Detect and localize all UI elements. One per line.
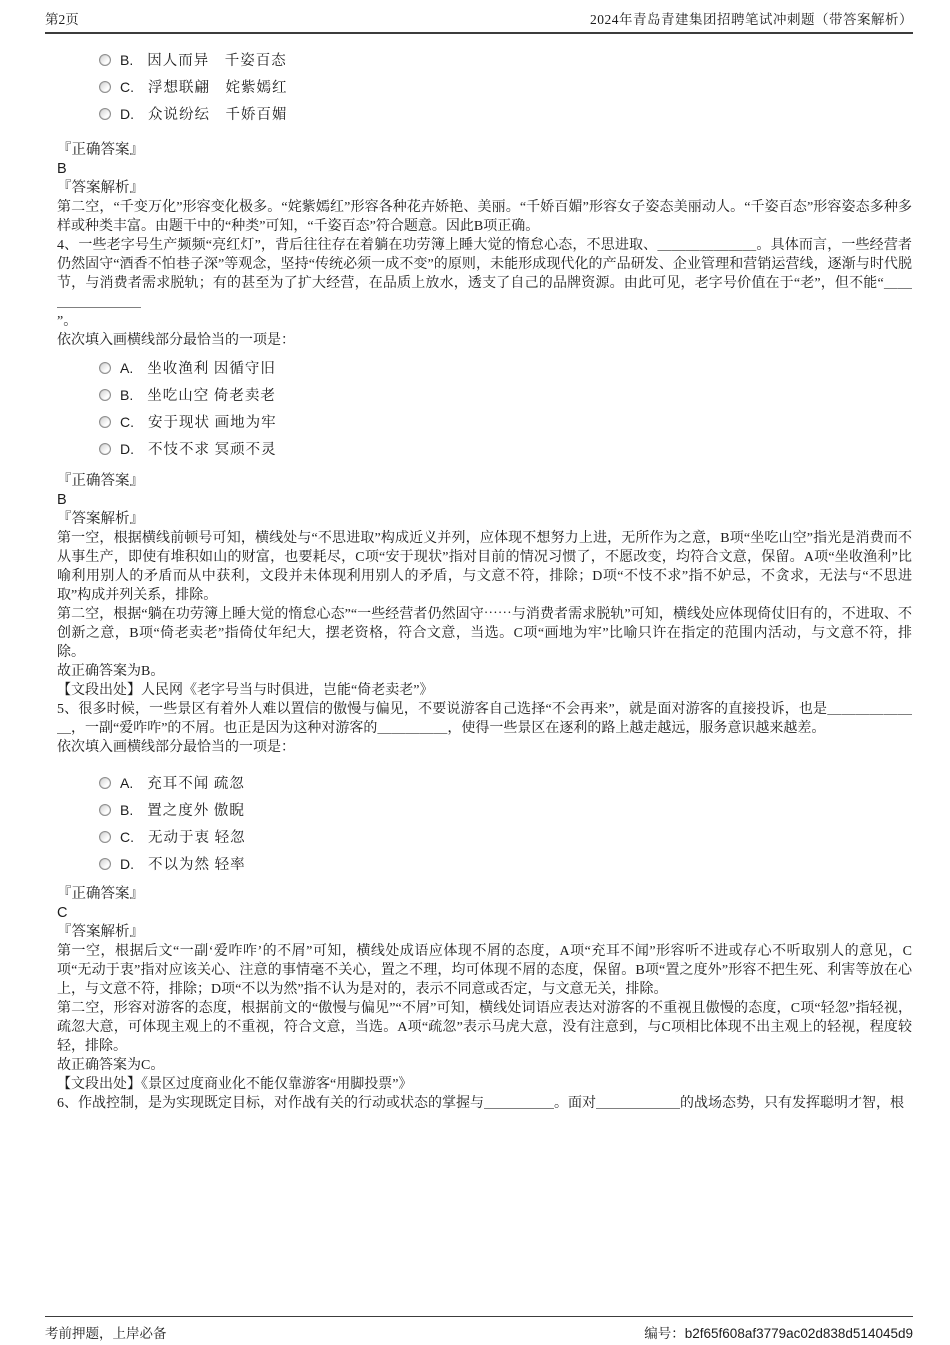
option-letter: D. [120,856,134,872]
question5-options: A. 充耳不闻 疏忽 B. 置之度外 傲睨 C. 无动于衷 轻忽 D. 不以为然… [57,769,912,877]
option-row[interactable]: A. 坐收渔利 因循守旧 [57,354,912,381]
option-text: 置之度外 傲睨 [147,799,245,820]
correct-answer-value: B [57,491,912,510]
option-letter: B. [120,52,133,68]
option-text: 浮想联翩 姹紫嫣红 [148,76,288,97]
option-row[interactable]: B. 因人而异 千姿百态 [57,46,912,73]
radio-button-icon[interactable] [99,831,111,843]
page-content: B. 因人而异 千姿百态 C. 浮想联翩 姹紫嫣红 D. 众说纷纭 千娇百媚 『… [57,36,912,1113]
radio-button-icon[interactable] [99,54,111,66]
question4-stem-tail: ”。 [57,312,912,331]
analysis-heading: 『答案解析』 [57,179,912,198]
question5-analysis-2: 第二空，形容对游客的态度，根据前文的“傲慢与偏见”“不屑”可知，横线处词语应表达… [57,999,912,1056]
option-text: 安于现状 画地为牢 [148,411,277,432]
question5-conclusion: 故正确答案为C。 [57,1056,912,1075]
option-text: 因人而异 千姿百态 [147,49,287,70]
option-letter: C. [120,414,134,430]
option-text: 无动于衷 轻忽 [148,826,246,847]
option-row[interactable]: D. 众说纷纭 千娇百媚 [57,100,912,127]
question4-options: A. 坐收渔利 因循守旧 B. 坐吃山空 倚老卖老 C. 安于现状 画地为牢 D… [57,354,912,462]
question5-source: 【文段出处】《景区过度商业化不能仅靠游客“用脚投票”》 [57,1075,912,1094]
correct-answer-value: B [57,160,912,179]
option-text: 众说纷纭 千娇百媚 [148,103,288,124]
option-letter: C. [120,79,134,95]
question3-analysis: 第二空，“千变万化”形容变化极多。“姹紫嫣红”形容各种花卉娇艳、美丽。“千娇百媚… [57,198,912,236]
radio-button-icon[interactable] [99,389,111,401]
option-letter: D. [120,441,134,457]
option-row[interactable]: C. 无动于衷 轻忽 [57,823,912,850]
analysis-heading: 『答案解析』 [57,510,912,529]
correct-answer-heading: 『正确答案』 [57,472,912,491]
footer-serial-value: b2f65f608af3779ac02d838d514045d9 [685,1326,913,1341]
question6-stem: 6、作战控制，是为实现既定目标，对作战有关的行动或状态的掌握与＿＿＿＿＿。面对＿… [57,1094,912,1113]
option-row[interactable]: D. 不以为然 轻率 [57,850,912,877]
question4-fill-prompt: 依次填入画横线部分最恰当的一项是： [57,331,912,350]
option-letter: B. [120,802,133,818]
option-row[interactable]: A. 充耳不闻 疏忽 [57,769,912,796]
option-letter: C. [120,829,134,845]
question3-options: B. 因人而异 千姿百态 C. 浮想联翩 姹紫嫣红 D. 众说纷纭 千娇百媚 [57,46,912,127]
question4-stem: 4、一些老字号生产频频“亮红灯”，背后往往存在着躺在功劳簿上睡大觉的惰怠心态，不… [57,236,912,312]
radio-button-icon[interactable] [99,362,111,374]
footer-slogan: 考前押题，上岸必备 [45,1322,167,1342]
option-letter: B. [120,387,133,403]
page-number: 第2页 [45,8,79,28]
question4-analysis-1: 第一空，根据横线前顿号可知，横线处与“不思进取”构成近义并列，应体现不想努力上进… [57,529,912,605]
option-letter: A. [120,775,133,791]
option-text: 不忮不求 冥顽不灵 [148,438,277,459]
footer-serial-label: 编号： [644,1326,685,1341]
question5-stem: 5、很多时候，一些景区有着外人难以置信的傲慢与偏见，不要说游客自己选择“不会再来… [57,700,912,738]
radio-button-icon[interactable] [99,81,111,93]
question4-conclusion: 故正确答案为B。 [57,662,912,681]
correct-answer-heading: 『正确答案』 [57,885,912,904]
option-letter: A. [120,360,133,376]
option-letter: D. [120,106,134,122]
option-row[interactable]: C. 安于现状 画地为牢 [57,408,912,435]
radio-button-icon[interactable] [99,777,111,789]
option-text: 坐收渔利 因循守旧 [147,357,276,378]
option-text: 不以为然 轻率 [148,853,246,874]
analysis-heading: 『答案解析』 [57,923,912,942]
question4-source: 【文段出处】人民网《老字号当与时俱进，岂能“倚老卖老”》 [57,681,912,700]
correct-answer-heading: 『正确答案』 [57,141,912,160]
option-text: 充耳不闻 疏忽 [147,772,245,793]
footer-serial: 编号：b2f65f608af3779ac02d838d514045d9 [644,1322,913,1342]
radio-button-icon[interactable] [99,443,111,455]
document-title: 2024年青岛青建集团招聘笔试冲刺题（带答案解析） [590,8,913,28]
radio-button-icon[interactable] [99,858,111,870]
question4-analysis-2: 第二空，根据“躺在功劳簿上睡大觉的惰怠心态”“一些经营者仍然固守⋯⋯与消费者需求… [57,605,912,662]
option-text: 坐吃山空 倚老卖老 [147,384,276,405]
page-footer: 考前押题，上岸必备 编号：b2f65f608af3779ac02d838d514… [45,1316,913,1342]
document-page: 第2页 2024年青岛青建集团招聘笔试冲刺题（带答案解析） B. 因人而异 千姿… [0,0,950,1345]
radio-button-icon[interactable] [99,804,111,816]
option-row[interactable]: B. 置之度外 傲睨 [57,796,912,823]
radio-button-icon[interactable] [99,416,111,428]
radio-button-icon[interactable] [99,108,111,120]
option-row[interactable]: C. 浮想联翩 姹紫嫣红 [57,73,912,100]
option-row[interactable]: B. 坐吃山空 倚老卖老 [57,381,912,408]
question5-fill-prompt: 依次填入画横线部分最恰当的一项是： [57,738,912,757]
option-row[interactable]: D. 不忮不求 冥顽不灵 [57,435,912,462]
question5-analysis-1: 第一空，根据后文“一副‘爱咋咋’的不屑”可知，横线处成语应体现不屑的态度，A项“… [57,942,912,999]
correct-answer-value: C [57,904,912,923]
page-header: 第2页 2024年青岛青建集团招聘笔试冲刺题（带答案解析） [45,8,913,34]
